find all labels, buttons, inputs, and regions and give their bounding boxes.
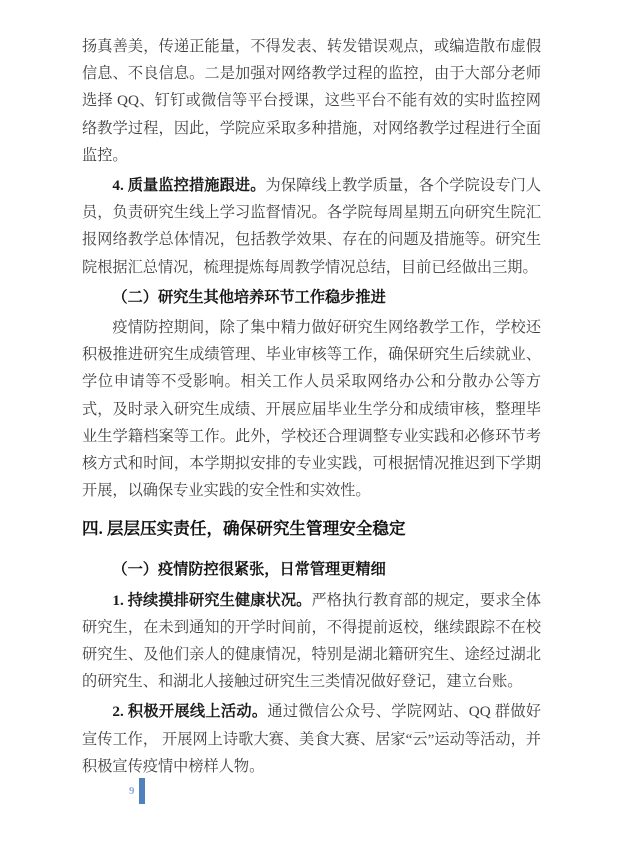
page-number: 9 <box>129 778 139 804</box>
paragraph: 疫情防控期间，除了集中精力做好研究生网络教学工作，学校还积极推进研究生成绩管理、… <box>82 314 541 504</box>
sub-heading: （二）研究生其他培养环节工作稳步推进 <box>82 284 541 311</box>
bold-lead-text: 2. 积极开展线上活动。 <box>112 703 267 720</box>
body-text: 扬真善美，传递正能量，不得发表、转发错误观点，或编造散布虚假信息、不良信息。二是… <box>82 38 541 164</box>
paragraph: 1. 持续摸排研究生健康状况。严格执行教育部的规定，要求全体研究生，在未到通知的… <box>82 587 541 696</box>
sub-heading: （一）疫情防控很紧张，日常管理更精细 <box>82 556 541 583</box>
paragraph: 2. 积极开展线上活动。通过微信公众号、学院网站、QQ 群做好宣传工作， 开展网… <box>82 698 541 780</box>
section-heading: 四. 层层压实责任，确保研究生管理安全稳定 <box>82 515 541 543</box>
paragraph: 扬真善美，传递正能量，不得发表、转发错误观点，或编造散布虚假信息、不良信息。二是… <box>82 33 541 169</box>
text-cursor-bar[interactable] <box>139 778 145 804</box>
bold-lead-text: 4. 质量监控措施跟进。 <box>112 177 265 194</box>
bold-lead-text: 1. 持续摸排研究生健康状况。 <box>112 592 311 609</box>
paragraph: 4. 质量监控措施跟进。为保障线上教学质量，各个学院设专门人员，负责研究生线上学… <box>82 172 541 281</box>
document-body: 扬真善美，传递正能量，不得发表、转发错误观点，或编造散布虚假信息、不良信息。二是… <box>82 33 541 783</box>
page-footer: 9 <box>129 778 145 804</box>
body-text: 疫情防控期间，除了集中精力做好研究生网络教学工作，学校还积极推进研究生成绩管理、… <box>82 319 541 499</box>
document-page: 扬真善美，传递正能量，不得发表、转发错误观点，或编造散布虚假信息、不良信息。二是… <box>0 0 621 856</box>
